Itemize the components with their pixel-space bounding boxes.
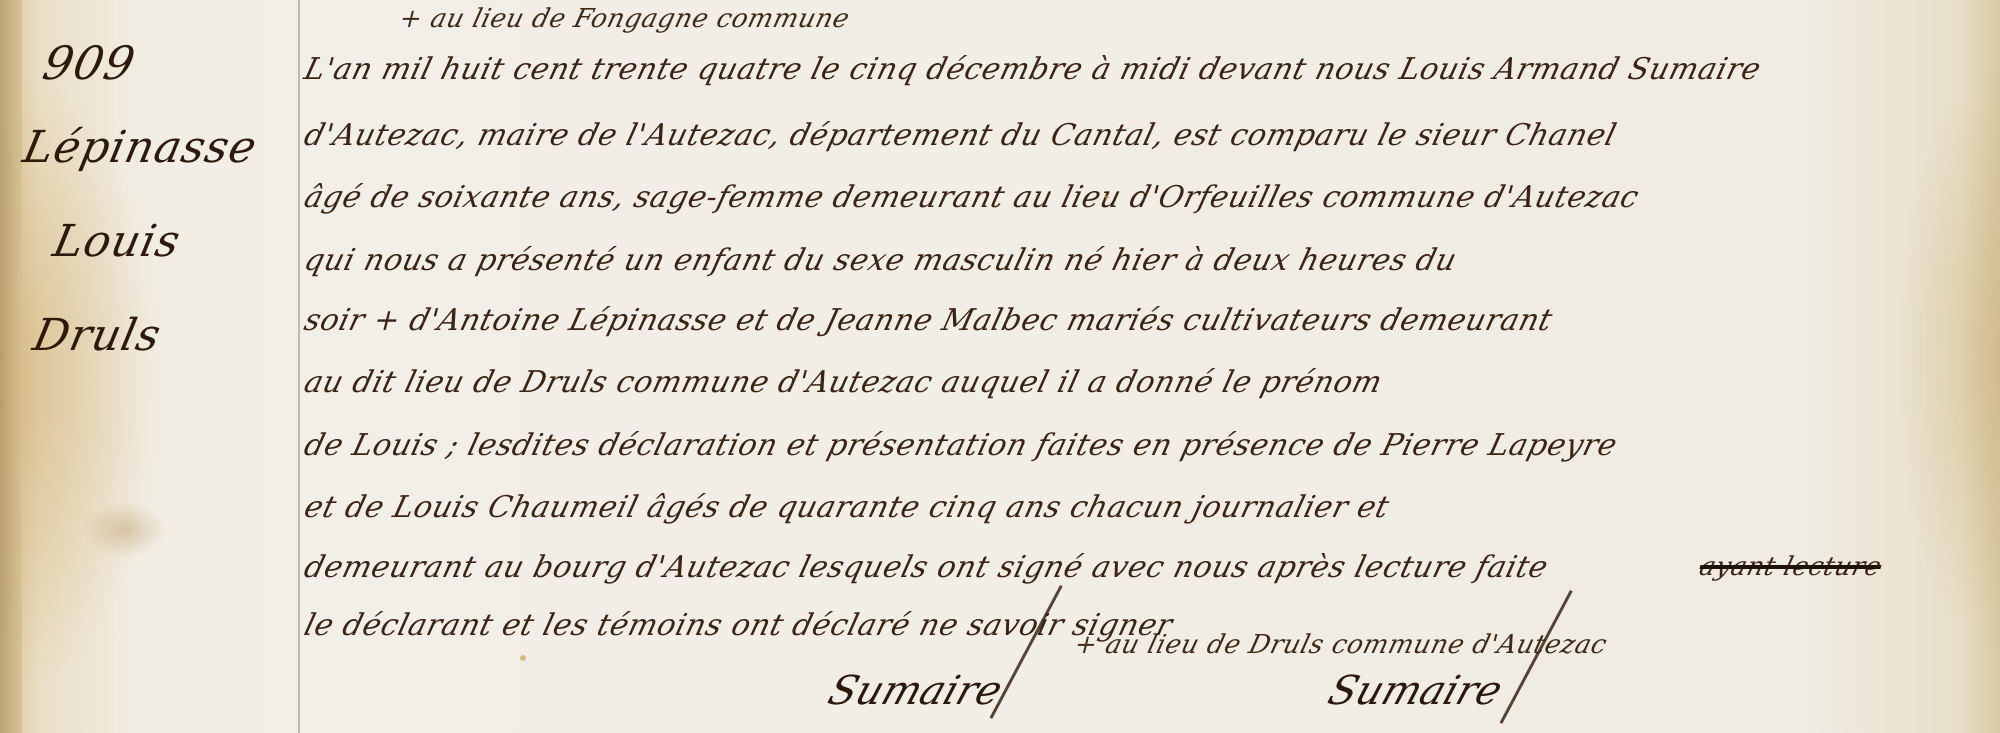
margin-place: Druls: [29, 314, 288, 358]
record-line-8: et de Louis Chaumeil âgés de quarante ci…: [301, 490, 1393, 525]
margin-column: 909 Lépinasse Louis Druls: [24, 40, 284, 408]
paper-stain: [520, 655, 526, 661]
margin-rule-line: [298, 0, 300, 733]
binding-edge: [0, 0, 22, 733]
insert-top: + au lieu de Fongagne commune: [396, 4, 852, 34]
margin-surname: Lépinasse: [19, 126, 288, 170]
insert-bottom: + au lieu de Druls commune d'Autezac: [1071, 630, 1610, 660]
signature-flourish-1: [990, 585, 1063, 719]
signature-2: Sumaire: [1323, 668, 1508, 714]
record-line-4: qui nous a présenté un enfant du sexe ma…: [301, 243, 1461, 278]
record-line-6: au dit lieu de Druls commune d'Autezac a…: [301, 365, 1386, 400]
margin-given-name: Louis: [49, 220, 288, 264]
record-line-2: d'Autezac, maire de l'Autezac, départeme…: [301, 118, 1620, 153]
record-line-1: L'an mil huit cent trente quatre le cinq…: [301, 52, 1765, 87]
signature-1: Sumaire: [823, 668, 1008, 714]
registry-page: 909 Lépinasse Louis Druls + au lieu de F…: [0, 0, 2000, 733]
entry-number: 909: [39, 40, 289, 86]
struck-text: ayant lecture: [1696, 552, 1884, 582]
record-line-5: soir + d'Antoine Lépinasse et de Jeanne …: [301, 303, 1556, 338]
record-line-7: de Louis ; lesdites déclaration et prése…: [301, 428, 1621, 463]
record-line-3: âgé de soixante ans, sage-femme demeuran…: [301, 180, 1643, 215]
record-line-9: demeurant au bourg d'Autezac lesquels on…: [301, 550, 1552, 585]
paper-stain: [1105, 195, 1109, 199]
